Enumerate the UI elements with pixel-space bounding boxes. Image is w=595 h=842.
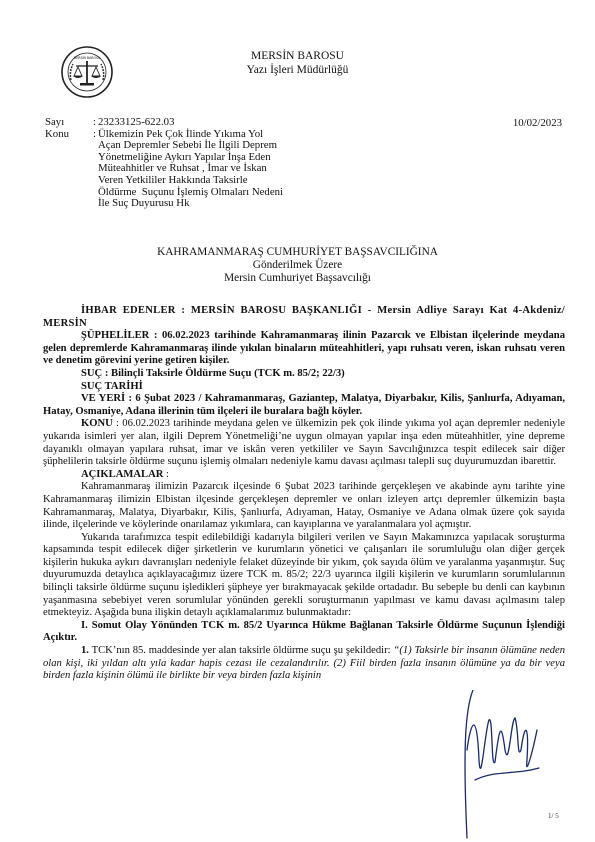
- signature-icon: [455, 690, 545, 840]
- addressee-line-1: KAHRAMANMARAŞ CUMHURİYET BAŞSAVCILIĞINA: [0, 246, 595, 259]
- explanations-heading: AÇIKLAMALAR :: [43, 469, 565, 482]
- addressee-line-2: Gönderilmek Üzere: [0, 259, 595, 272]
- informant-paragraph: İHBAR EDENLER : MERSİN BAROSU BAŞKANLIĞI…: [43, 305, 565, 330]
- subject-label: Konu: [45, 129, 93, 210]
- crime-place-paragraph: VE YERİ : 6 Şubat 2023 / Kahramanmaraş, …: [43, 393, 565, 418]
- subject-paragraph: KONU : 06.02.2023 tarihinde meydana gele…: [43, 418, 565, 468]
- crime-paragraph: SUÇ : Bilinçli Taksirle Öldürme Suçu (TC…: [43, 368, 565, 381]
- explanation-paragraph-2: Yukarıda tarafımızca tespit edilebildiği…: [43, 532, 565, 620]
- suspects-paragraph: ŞÜPHELİLER : 06.02.2023 tarihinde Kahram…: [43, 330, 565, 368]
- addressee-line-3: Mersin Cumhuriyet Başsavcılığı: [0, 272, 595, 285]
- addressee: KAHRAMANMARAŞ CUMHURİYET BAŞSAVCILIĞINA …: [0, 246, 595, 285]
- letterhead: MERSİN BAROSU Yazı İşleri Müdürlüğü: [0, 49, 595, 77]
- department-name: Yazı İşleri Müdürlüğü: [0, 63, 595, 77]
- number-label: Sayı: [45, 117, 93, 129]
- section-heading: I. Somut Olay Yönünden TCK m. 85/2 Uyarı…: [43, 620, 565, 645]
- subject-value: Ülkemizin Pek Çok İlinde Yıkıma Yol Açan…: [98, 129, 298, 210]
- number-row: Sayı : 23233125-622.03: [45, 117, 298, 129]
- explanation-paragraph-1: Kahramanmaraş ilimizin Pazarcık ilçesind…: [43, 481, 565, 531]
- item-1-paragraph: 1. TCK’nın 85. maddesinde yer alan taksi…: [43, 645, 565, 683]
- org-name: MERSİN BAROSU: [0, 49, 595, 63]
- crime-date-label: SUÇ TARİHİ: [43, 381, 565, 394]
- subject-row: Konu : Ülkemizin Pek Çok İlinde Yıkıma Y…: [45, 129, 298, 210]
- document-meta: Sayı : 23233125-622.03 Konu : Ülkemizin …: [45, 117, 298, 210]
- page-number: 1/ 5: [548, 812, 559, 820]
- number-value: 23233125-622.03: [98, 117, 298, 129]
- document-date: 10/02/2023: [513, 117, 562, 129]
- document-body: İHBAR EDENLER : MERSİN BAROSU BAŞKANLIĞI…: [43, 305, 565, 683]
